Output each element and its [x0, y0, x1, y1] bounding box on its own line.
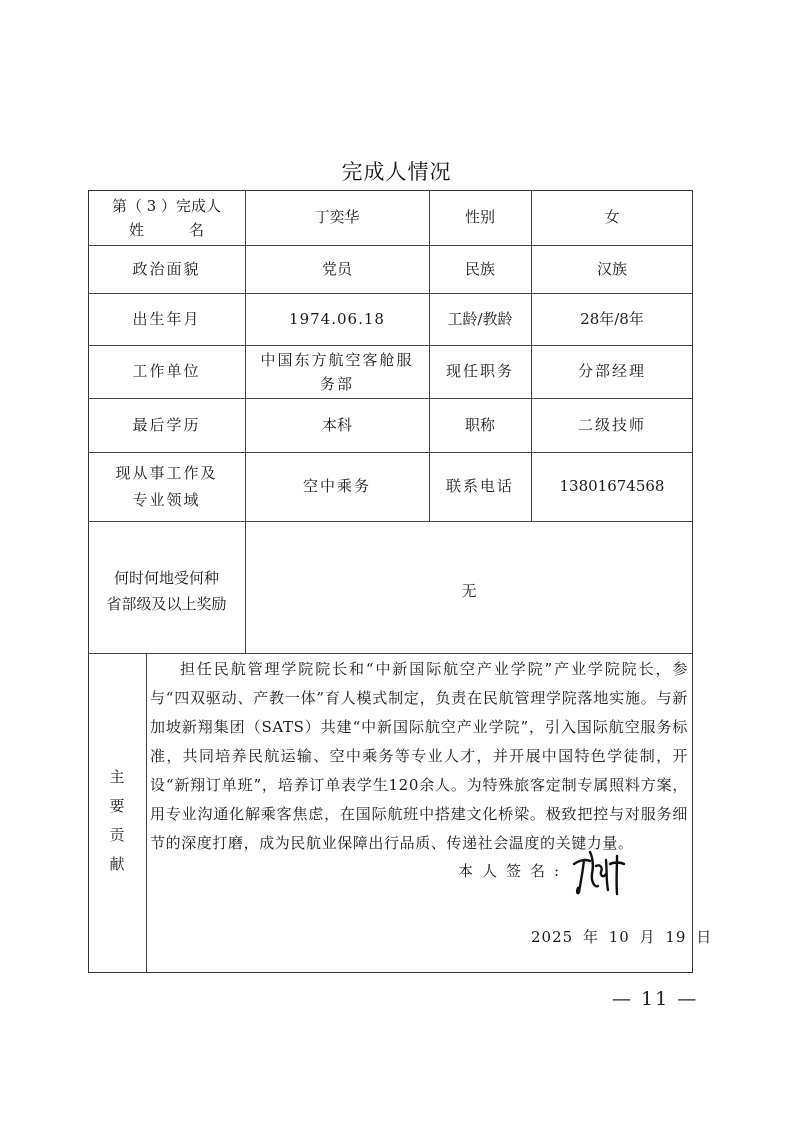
education-value: 本科 — [245, 398, 429, 452]
ethnicity-label: 民族 — [429, 245, 531, 293]
seniority-label: 工龄/教龄 — [429, 293, 531, 345]
birth-label: 出生年月 — [88, 293, 245, 345]
awards-label-line2: 省部级及以上奖励 — [106, 591, 226, 617]
field-label-line1: 现从事工作及 — [115, 460, 217, 487]
ethnicity-value: 汉族 — [531, 245, 693, 293]
employer-value-cell: 中国东方航空客舱服 务部 — [245, 345, 429, 398]
contribution-label-char: 贡 — [109, 821, 124, 850]
field-value: 空中乘务 — [245, 452, 429, 521]
employer-line2: 务部 — [320, 372, 354, 396]
phone-label: 联系电话 — [429, 452, 531, 521]
gender-label: 性别 — [429, 190, 531, 245]
phone-value: 13801674568 — [531, 452, 693, 521]
education-label: 最后学历 — [88, 398, 245, 452]
awards-label-line1: 何时何地受何种 — [114, 565, 219, 591]
handwritten-signature-icon — [570, 842, 628, 898]
name-label-cell: 第（ 3 ）完成人 姓 名 — [88, 190, 245, 245]
field-label-line2: 专业领域 — [132, 487, 200, 514]
contribution-label: 主 要 贡 献 — [88, 763, 146, 879]
position-value: 分部经理 — [531, 345, 693, 398]
col-divider — [146, 653, 147, 973]
signature-date: 2025 年 10 月 19 日 — [531, 926, 712, 947]
name-label-line1: 第（ 3 ）完成人 — [112, 194, 221, 218]
seniority-value: 28年/8年 — [531, 293, 693, 345]
gender-value: 女 — [531, 190, 693, 245]
awards-value: 无 — [245, 521, 693, 653]
title-value: 二级技师 — [531, 398, 693, 452]
signature-label: 本人签名: — [458, 860, 568, 881]
birth-value: 1974.06.18 — [245, 293, 429, 345]
row-divider — [88, 653, 693, 654]
contribution-paragraph: 担任民航管理学院院长和“中新国际航空产业学院”产业学院院长，参与“四双驱动、产教… — [150, 655, 688, 858]
politics-label: 政治面貌 — [88, 245, 245, 293]
signature-row: 本人签名: — [458, 840, 628, 900]
name-label-line2: 姓 名 — [129, 218, 204, 242]
employer-line1: 中国东方航空客舱服 — [260, 348, 413, 372]
name-value: 丁奕华 — [245, 190, 429, 245]
contribution-label-char: 献 — [109, 850, 124, 879]
page-number: — 11 — — [612, 988, 698, 1010]
politics-value: 党员 — [245, 245, 429, 293]
awards-label-cell: 何时何地受何种 省部级及以上奖励 — [88, 521, 245, 653]
field-label-cell: 现从事工作及 专业领域 — [88, 452, 245, 521]
position-label: 现任职务 — [429, 345, 531, 398]
contribution-label-char: 要 — [109, 792, 124, 821]
contribution-text: 担任民航管理学院院长和“中新国际航空产业学院”产业学院院长，参与“四双驱动、产教… — [150, 655, 688, 858]
title-label: 职称 — [429, 398, 531, 452]
page-title: 完成人情况 — [0, 156, 793, 186]
employer-label: 工作单位 — [88, 345, 245, 398]
contribution-label-char: 主 — [109, 763, 124, 792]
